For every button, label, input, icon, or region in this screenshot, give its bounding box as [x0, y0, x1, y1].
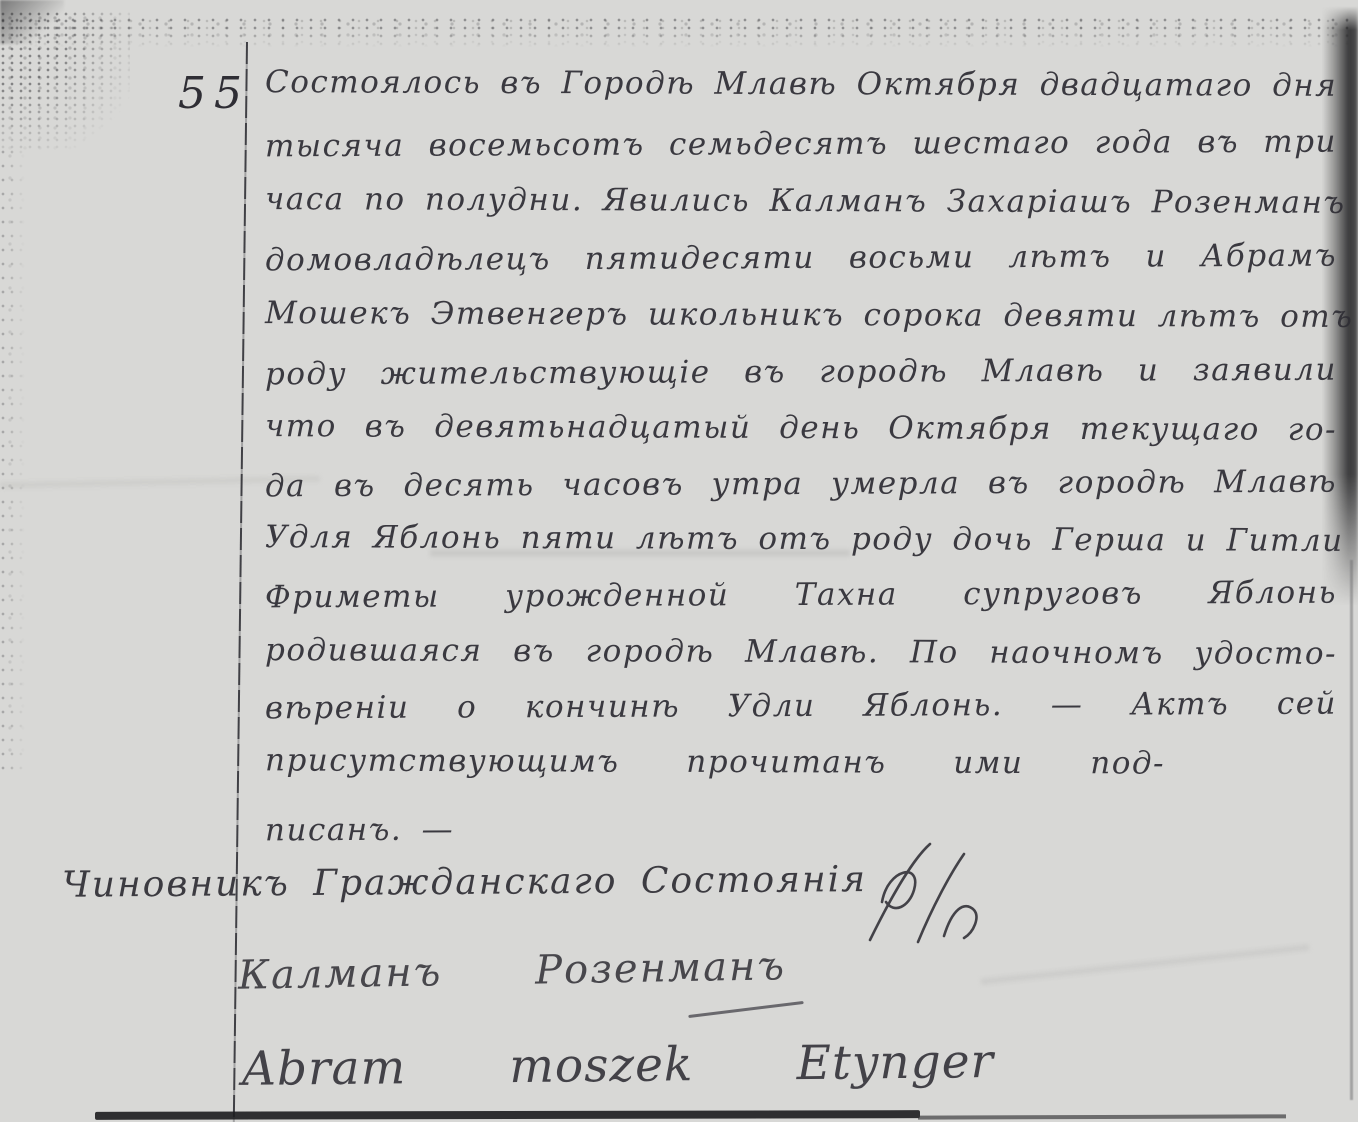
manuscript-line: родившаяся въ городѣ Млавѣ. По наочномъ … [265, 632, 1337, 682]
manuscript-line: тысяча восемьсотъ семьдесятъ шестаго год… [265, 124, 1337, 175]
manuscript-line: писанъ. — [265, 812, 454, 859]
page-edge-line-right [1350, 560, 1353, 1100]
scan-crop-line-bottom-right [918, 1114, 1286, 1119]
signature-abram-etynger: Abram moszek Etynger [242, 1034, 995, 1097]
manuscript-line: Мошекъ Этвенгеръ школьникъ сорока девяти… [265, 295, 1337, 345]
manuscript-line: Состоялось въ Городѣ Млавѣ Октября двадц… [265, 64, 1337, 114]
paper-crease [980, 943, 1309, 986]
scan-noise-band-top [0, 18, 1358, 48]
record-number: 55 [178, 68, 250, 119]
manuscript-line: Фриметы урожденной Тахна супруговъ Яблон… [265, 575, 1337, 626]
signature-underline-flourish [688, 1001, 804, 1018]
registrar-signature-flourish [852, 840, 992, 950]
manuscript-line: часа по полудни. Явились Калманъ Захаріа… [265, 181, 1337, 231]
manuscript-line: что въ девятьнадцатый день Октября текущ… [265, 408, 1337, 458]
scan-noise-left-edge [0, 150, 26, 770]
signature-kalman-rozenman: Калманъ Розенманъ [238, 943, 787, 999]
registrar-title-line: Чиновникъ Гражданскаго Состоянія [62, 859, 834, 905]
manuscript-line: присутствующимъ прочитанъ ими под- [265, 742, 1165, 791]
manuscript-line: да въ десять часовъ утра умерла въ город… [265, 464, 1337, 515]
manuscript-line: роду жительствующіе въ городѣ Млавѣ и за… [265, 352, 1337, 403]
manuscript-line: Удля Яблонь пяти лѣтъ отъ роду дочь Герш… [265, 519, 1337, 569]
scan-shadow-top-left [0, 0, 64, 44]
manuscript-line: домовладѣлецъ пятидесяти восьми лѣтъ и А… [265, 238, 1337, 289]
scan-crop-line-bottom [95, 1110, 920, 1120]
scanned-register-page: 55 Состоялось въ Городѣ Млавѣ Октября дв… [0, 0, 1358, 1122]
manuscript-line: вѣреніи о кончинѣ Удли Яблонь. — Актъ се… [265, 686, 1337, 737]
